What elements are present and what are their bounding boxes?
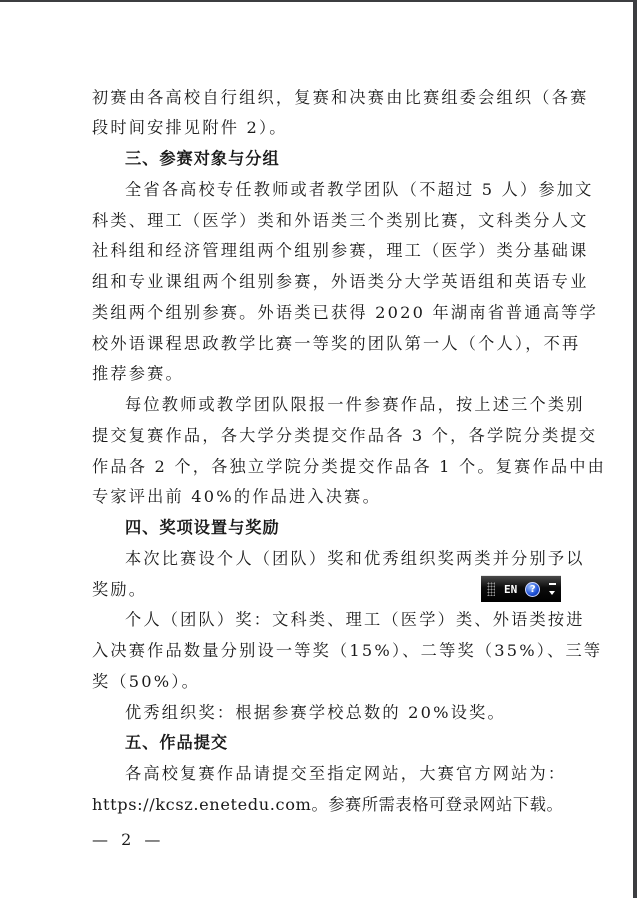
text-line: 类组两个组别参赛。外语类已获得 2020 年湖南省普通高等学	[92, 303, 552, 323]
text-line: 奖（50%）。	[92, 672, 552, 692]
document-page: 初赛由各高校自行组织，复赛和决赛由比赛组委会组织（各赛段时间安排见附件 2）。三…	[0, 2, 633, 898]
text-line: 优秀组织奖：根据参赛学校总数的 20%设奖。	[125, 703, 585, 723]
text-line: 每位教师或教学团队限报一件参赛作品，按上述三个类别	[125, 395, 585, 415]
text-line: 全省各高校专任教师或者教学团队（不超过 5 人）参加文	[125, 180, 585, 200]
scrollbar-track[interactable]	[633, 0, 637, 898]
text-line: 社科组和经济管理组两个组别参赛，理工（医学）类分基础课	[92, 241, 552, 261]
drag-grip-icon[interactable]	[487, 582, 495, 596]
section-heading: 三、参赛对象与分组	[125, 149, 585, 169]
text-line: https://kcsz.enetedu.com。参赛所需表格可登录网站下载。	[92, 795, 552, 815]
section-heading: 五、作品提交	[125, 733, 585, 753]
text-line: 本次比赛设个人（团队）奖和优秀组织奖两类并分别予以	[125, 549, 585, 569]
ime-toolbar[interactable]: EN ?	[481, 575, 561, 602]
text-line: 提交复赛作品，各大学分类提交作品各 3 个，各学院分类提交	[92, 426, 552, 446]
text-line: 科类、理工（医学）类和外语类三个类别比赛，文科类分人文	[92, 211, 552, 231]
section-heading: 四、奖项设置与奖励	[125, 518, 585, 538]
text-line: 初赛由各高校自行组织，复赛和决赛由比赛组委会组织（各赛	[92, 88, 552, 108]
ime-language-toggle[interactable]: EN	[504, 583, 517, 596]
text-line: 入决赛作品数量分别设一等奖（15%）、二等奖（35%）、三等	[92, 641, 552, 661]
help-icon[interactable]: ?	[525, 582, 540, 597]
text-line: 各高校复赛作品请提交至指定网站，大赛官方网站为：	[125, 764, 585, 784]
text-line: 校外语课程思政教学比赛一等奖的团队第一人（个人），不再	[92, 334, 552, 354]
text-line: 作品各 2 个，各独立学院分类提交作品各 1 个。复赛作品中由	[92, 457, 552, 477]
text-line: 专家评出前 40%的作品进入决赛。	[92, 487, 552, 507]
page-number: — 2 —	[92, 830, 164, 849]
text-line: 段时间安排见附件 2）。	[92, 118, 552, 138]
text-line: 推荐参赛。	[92, 364, 552, 384]
menu-arrow-icon[interactable]	[549, 582, 556, 596]
text-line: 个人（团队）奖：文科类、理工（医学）类、外语类按进	[125, 610, 585, 630]
text-line: 组和专业课组两个组别参赛，外语类分大学英语组和英语专业	[92, 272, 552, 292]
